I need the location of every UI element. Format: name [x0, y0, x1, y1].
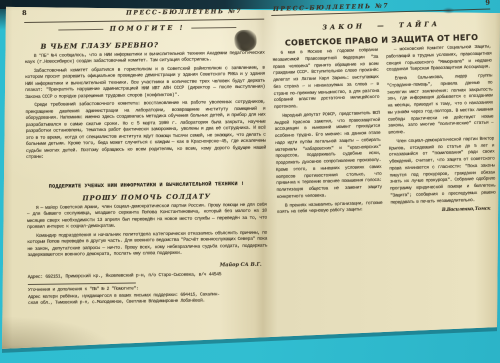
- article2-paragraph: Я — майор Советской Армии, член Социал-д…: [27, 203, 267, 232]
- left-page: 8 ПРЕСС-БЮЛЛЕТЕНЬ №7 ПОМОГИТЕ ! В ЧЬЕМ Г…: [24, 4, 268, 327]
- left-page-header: 8 ПРЕСС-БЮЛЛЕТЕНЬ №7: [24, 4, 264, 23]
- help-section-title: ПОМОГИТЕ !: [110, 24, 185, 33]
- article1-body: В "ПБ" №4 сообщалось, что в НИИ информат…: [25, 51, 267, 182]
- article2-title: ПРОШУ ПОМОЧЬ СОЛДАТУ: [27, 192, 267, 203]
- two-column-body: 6 мая в Москве на годовом собрании Незав…: [272, 44, 498, 288]
- ink-stamp-graphic: [234, 30, 256, 51]
- article2-address-line: Адрес: 692151, Приморский кр., Яковлевск…: [28, 272, 268, 280]
- left-page-number: 8: [22, 9, 27, 17]
- article1-paragraph: В "ПБ" №4 сообщалось, что в НИИ информат…: [25, 51, 265, 67]
- right-page: ПРЕСС-БЮЛЛЕТЕНЬ №7 9 ЗАКОН — ТАЙГА СОВЕТ…: [271, 0, 499, 311]
- column-1: 6 мая в Москве на годовом собрании Незав…: [272, 48, 385, 289]
- column1-paragraph: Народный депутат РСФСР, представитель ВС…: [274, 111, 382, 202]
- article1-callout: ПОДДЕРЖИТЕ УЧЕНЫХ НИИ ИНФОРМАТИКИ И ВЫЧИ…: [26, 181, 266, 190]
- column2-paragraph: — московский Комитет Социальной Защиты, …: [386, 44, 492, 74]
- footnote-separator-rule: [28, 282, 136, 285]
- right-article-signature: В.Василенко, Томск: [391, 207, 491, 217]
- column1-paragraph: 6 мая в Москве на годовом собрании Незав…: [272, 48, 379, 112]
- law-section-row: ЗАКОН — ТАЙГА: [271, 11, 490, 35]
- dash-rule-left: [58, 28, 103, 30]
- article2-paragraph: Командир подразделения и начальник полит…: [27, 231, 267, 260]
- right-running-header: ПРЕСС-БЮЛЛЕТЕНЬ №7: [273, 2, 389, 12]
- article1-title: В ЧЬЕМ ГЛАЗУ БРЕВНО?: [41, 40, 265, 51]
- article1-paragraph: Забастовочный комитет обратился в горисп…: [25, 66, 265, 102]
- column1-paragraph: В прениях назывались организации, готовы…: [277, 200, 383, 217]
- left-running-header: ПРЕСС-БЮЛЛЕТЕНЬ №7: [126, 8, 242, 17]
- dash-rule-right: [191, 27, 236, 29]
- right-page-number: 9: [485, 0, 490, 7]
- column-2: — московский Комитет Социальной Защиты, …: [386, 44, 499, 285]
- help-section-row: ПОМОГИТЕ !: [58, 23, 236, 33]
- law-section-title: ЗАКОН — ТАЙГА: [322, 20, 440, 31]
- column2-paragraph: Елена Сальникова, лидер группы "Страдани…: [387, 73, 494, 137]
- column2-text: — московский Комитет Социальной Защиты, …: [386, 44, 496, 206]
- scanned-bulletin-spread: 8 ПРЕСС-БЮЛЛЕТЕНЬ №7 ПОМОГИТЕ ! В ЧЬЕМ Г…: [0, 0, 500, 363]
- footnote: Уточнения и дополнения к "ПБ" № 2 "Помог…: [28, 285, 268, 308]
- column2-paragraph: Член социал-демократической партии Викто…: [389, 136, 496, 207]
- article1-paragraph: Среди требований забастовочного комитета…: [25, 100, 266, 162]
- article2-signature: Майор СА В.Г.: [28, 262, 262, 271]
- article2-body: Я — майор Советской Армии, член Социал-д…: [27, 203, 268, 263]
